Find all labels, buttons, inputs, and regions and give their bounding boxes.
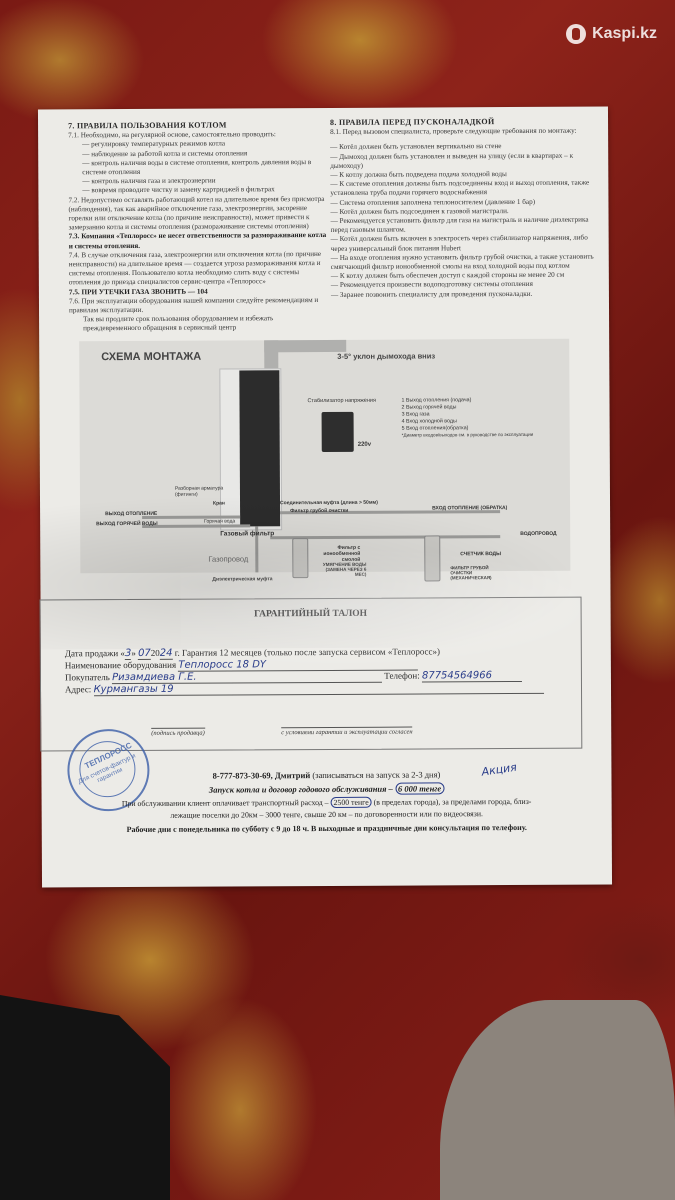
water-supply-label: ВОДОПРОВОД (520, 531, 556, 537)
chimney-slope-note: 3-5° уклон дымохода вниз (337, 351, 435, 361)
section-7-title: 7. ПРАВИЛА ПОЛЬЗОВАНИЯ КОТЛОМ (68, 120, 328, 131)
mechanical-filter-image (424, 535, 440, 581)
sale-month: 07 (138, 648, 151, 660)
stabilizer-label: Стабилизатор напряжения (307, 398, 375, 404)
contact-note: (записываться на запуск за 2-3 дня) (310, 769, 440, 780)
hot-water-label: Горячая вода (204, 518, 235, 524)
rule-text: 7.2. Недопустимо оставлять работающий ко… (68, 195, 328, 233)
rule-text: — Рекомендуется установить фильтр для га… (331, 216, 596, 236)
boiler-front-panel (239, 370, 280, 526)
working-hours: Рабочие дни с понедельника по субботу с … (42, 823, 612, 835)
warranty-card: ГАРАНТИЙНЫЙ ТАЛОН Дата продажи «3» 07202… (40, 597, 583, 752)
phone-value: 87754564966 (422, 670, 522, 683)
equipment-label: Наименование оборудования (65, 660, 176, 671)
rule-text: Так вы продлите срок пользования оборудо… (69, 314, 329, 334)
water-meter-label: СЧЕТЧИК ВОДЫ (460, 551, 501, 557)
rule-text: 8.1. Перед вызовом специалиста, проверьт… (330, 127, 595, 138)
rule-text: — Котёл должен быть включен в электросет… (331, 234, 596, 254)
buyer-signature-caption: с условиями гарантии и эксплуатации согл… (281, 727, 412, 737)
installation-diagram: СХЕМА МОНТАЖА 3-5° уклон дымохода вниз С… (79, 339, 570, 574)
section-commissioning-rules: 8. ПРАВИЛА ПЕРЕД ПУСКОНАЛАДКОЙ 8.1. Пере… (330, 117, 596, 300)
transport-text: (в пределах города), за пределами города… (372, 797, 532, 807)
address-value: Курмангазы 19 (94, 682, 544, 696)
warranty-title: ГАРАНТИЙНЫЙ ТАЛОН (41, 608, 581, 621)
service-price: 6 000 тенге (395, 782, 444, 794)
rule-text: 7.6. При эксплуатации оборудования нашей… (69, 296, 329, 316)
diagram-legend: 1 Выход отопления (подача) 2 Выход горяч… (401, 397, 533, 438)
voltage-stabilizer-image (322, 412, 354, 452)
rule-text: — контроль наличия воды в системе отопле… (68, 158, 328, 178)
gas-pipe-label: Газопровод (208, 554, 248, 563)
service-line: Запуск котла и договор годового обслужив… (42, 783, 612, 796)
transport-price: 2500 тенге (330, 797, 371, 808)
legend-note: *Диаметр входов/выходов см. в руководств… (402, 432, 534, 438)
voltage-label: 220v (358, 442, 371, 448)
address-row: Адрес: Курмангазы 19 (65, 682, 544, 697)
rule-text: 7.3. Компания «Теплоросс» не несет ответ… (69, 231, 329, 251)
resin-filter-label: Фильтр с ионообменной смолой (316, 545, 360, 563)
sale-date-label: Дата продажи « (65, 648, 125, 658)
rule-text: — К системе отопления должны быть подсое… (330, 179, 595, 199)
heating-out-label: ВЫХОД ОТОПЛЕНИЕ (105, 511, 157, 517)
gas-filter-label: Газовый фильтр (220, 530, 274, 537)
diagram-title: СХЕМА МОНТАЖА (101, 351, 201, 364)
sale-year: 24 (160, 648, 173, 660)
grey-sock (440, 1000, 675, 1200)
guarantee-text: г. Гарантия 12 месяцев (только после зап… (175, 646, 440, 657)
contact-phone: 8-777-873-30-69, Дмитрий (213, 770, 311, 781)
year-prefix: 20 (151, 648, 160, 658)
watermark-text: Kaspi.kz (592, 25, 657, 43)
transport-line-2: лежащие поселки до 20км – 3000 тенге, св… (42, 809, 612, 821)
fittings-label: Разборная арматура (фитинги) (175, 485, 235, 497)
dark-sleeve (0, 995, 170, 1200)
phone-label: Телефон: (384, 671, 419, 681)
softening-label: УМЯГЧЕНИЕ ВОДЫ (ЗАМЕНА ЧЕРЕЗ 6 МЕС) (316, 562, 366, 577)
kaspi-logo-icon (566, 24, 586, 44)
dielectric-coupling-label: Диэлектрическая муфта (212, 576, 272, 582)
contact-line: 8-777-873-30-69, Дмитрий (записываться н… (41, 769, 611, 782)
mech-filter-label: ФИЛЬТР ГРУБОЙ ОЧИСТКИ (МЕХАНИЧЕСКАЯ) (450, 565, 510, 580)
rule-text: 7.4. В случае отключения газа, электроэн… (69, 250, 329, 288)
hot-water-out-label: ВЫХОД ГОРЯЧЕЙ ВОДЫ (96, 521, 158, 527)
rule-text: — Дымоход должен быть установлен и вывед… (330, 151, 595, 171)
warranty-document: 7. ПРАВИЛА ПОЛЬЗОВАНИЯ КОТЛОМ 7.1. Необх… (38, 107, 612, 888)
section-usage-rules: 7. ПРАВИЛА ПОЛЬЗОВАНИЯ КОТЛОМ 7.1. Необх… (68, 120, 329, 334)
rule-text: — На входе отопления нужно установить фи… (331, 252, 596, 272)
transport-line: При обслуживании клиент оплачивает транс… (42, 797, 612, 809)
heating-in-label: ВХОД ОТОПЛЕНИЕ (ОБРАТКА) (432, 505, 507, 511)
seller-signature-caption: (подпись продавца) (151, 728, 205, 737)
resin-filter-image (292, 538, 308, 578)
rule-text: — Заранее позвонить специалисту для пров… (331, 289, 596, 300)
kaspi-watermark: Kaspi.kz (566, 24, 657, 44)
transport-text: При обслуживании клиент оплачивает транс… (122, 798, 331, 808)
address-label: Адрес: (65, 684, 91, 694)
buyer-label: Покупатель (65, 672, 110, 682)
coupling-label: Соединительная муфта (длина > 50мм) (280, 500, 378, 507)
chimney-pipe (264, 340, 278, 370)
pipe (142, 524, 250, 528)
valve-label: Кран (213, 501, 225, 507)
section-8-title: 8. ПРАВИЛА ПЕРЕД ПУСКОНАЛАДКОЙ (330, 117, 595, 128)
coarse-filter-label: Фильтр грубой очистки (290, 508, 348, 514)
service-text: Запуск котла и договор годового обслужив… (209, 784, 395, 795)
